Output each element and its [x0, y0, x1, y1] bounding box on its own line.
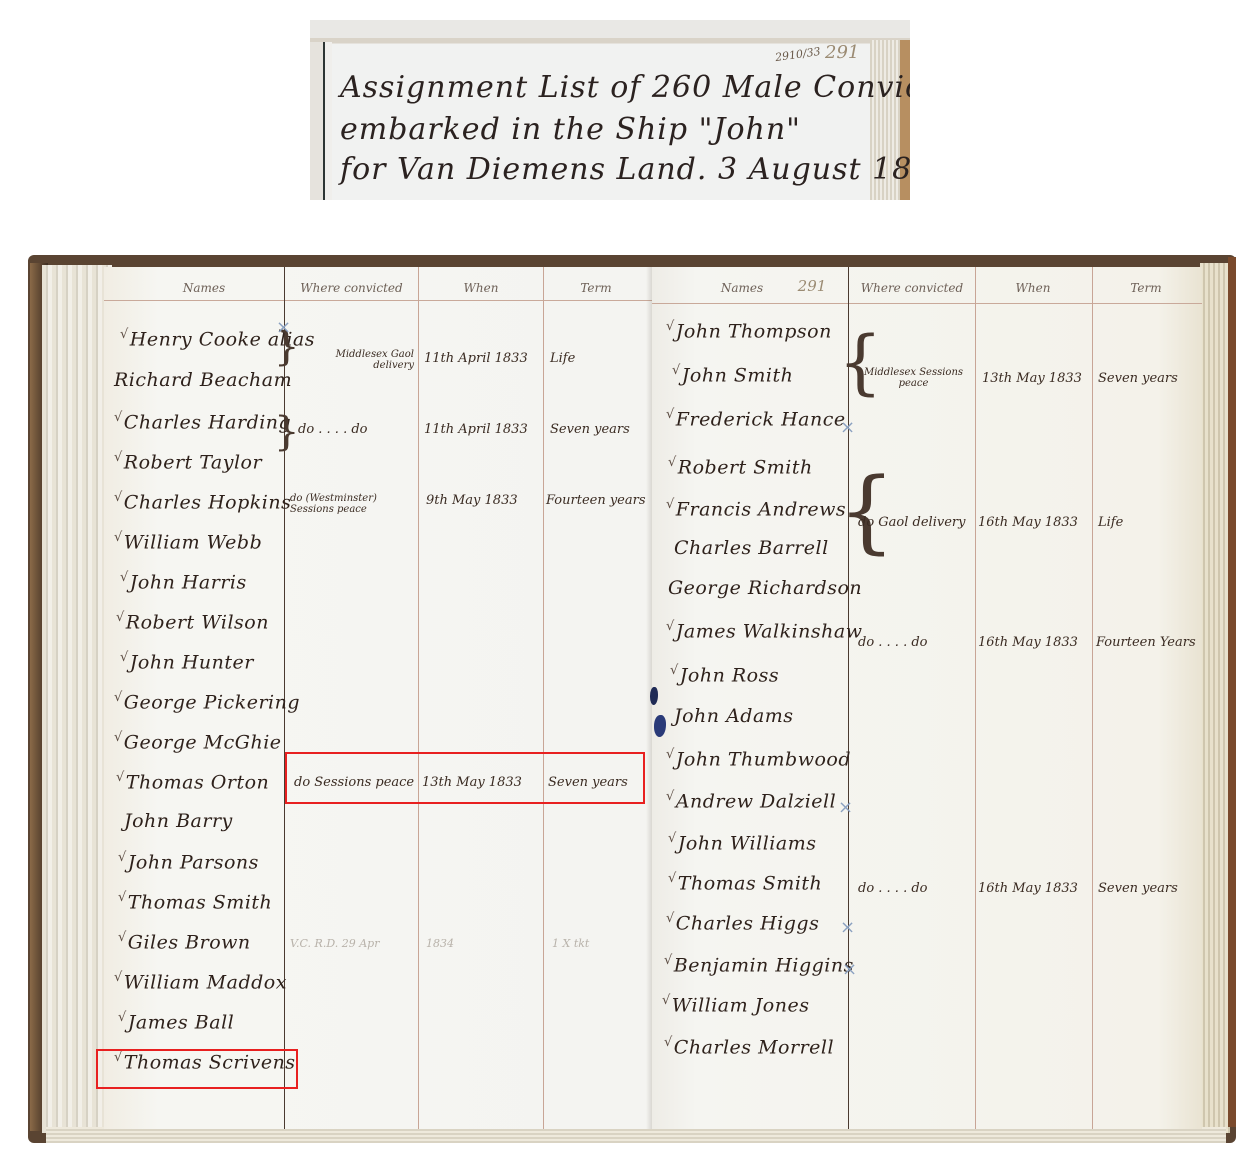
convict-name: √Thomas Smith [668, 871, 822, 894]
when-convicted: 13th May 1833 [982, 371, 1082, 386]
convict-name: √John Ross [670, 663, 779, 686]
convict-name: √Benjamin Higgins [664, 953, 854, 976]
title-strip: 2910/33 291 Assignment List of 260 Male … [310, 20, 910, 200]
convict-name: √James Walkinshaw [666, 619, 862, 642]
pencil-cross-mark: × [276, 317, 291, 338]
convict-name: √Giles Brown [118, 930, 251, 953]
where-convicted: Middlesex Gaol delivery [294, 349, 414, 371]
where-convicted: do . . . . do [858, 635, 928, 650]
convict-name: √William Jones [662, 993, 809, 1016]
convict-name: Richard Beacham [114, 369, 292, 391]
reference-number: 2910/33 [774, 45, 821, 64]
pencil-cross-mark: × [840, 917, 855, 938]
brace-mark: { [838, 467, 895, 557]
page-stack-left [42, 265, 112, 1133]
header-when: When [978, 281, 1088, 295]
convict-name: √William Webb [114, 530, 262, 553]
pencil-note-when: 1834 [426, 937, 454, 950]
ledger-book: Names Where convicted When Term √Henry C… [28, 255, 1236, 1143]
column-rule [975, 267, 976, 1129]
where-convicted: Middlesex Sessions peace [856, 367, 971, 389]
page-stack-bottom [46, 1127, 1226, 1143]
title-line-3: for Van Diemens Land. 3 August 1833 [340, 152, 910, 187]
convict-name: √James Ball [118, 1010, 234, 1033]
term: Seven years [1098, 371, 1178, 386]
convict-name: √Robert Smith [668, 455, 813, 478]
term: Life [550, 351, 575, 366]
convict-name: √John Williams [668, 831, 816, 854]
page-stack-right [1200, 263, 1230, 1133]
where-convicted: do (Westminster) Sessions peace [290, 493, 415, 515]
pencil-cross-mark: × [840, 417, 855, 438]
header-rule [652, 303, 1202, 304]
column-rule [543, 267, 544, 1129]
column-rule [1092, 267, 1093, 1129]
cover-edge-right [1228, 257, 1236, 1127]
convict-name: √Robert Taylor [114, 450, 262, 473]
header-where-convicted: Where convicted [289, 281, 414, 295]
when-convicted: 11th April 1833 [424, 422, 528, 437]
term: Fourteen Years [1096, 635, 1196, 650]
convict-name: John Adams [674, 705, 794, 727]
when-convicted: 16th May 1833 [978, 515, 1078, 530]
header-when: When [422, 281, 540, 295]
left-page: Names Where convicted When Term √Henry C… [104, 267, 652, 1129]
header-names: Names [692, 281, 792, 295]
when-convicted: 16th May 1833 [978, 635, 1078, 650]
title-line-1: Assignment List of 260 Male Convicts [340, 70, 910, 105]
pencil-note-where: V.C. R.D. 29 Apr [290, 937, 379, 950]
convict-name: √Thomas Smith [118, 890, 272, 913]
convict-name: √Andrew Dalziell [666, 789, 836, 812]
convict-name: George Richardson [668, 577, 862, 599]
convict-name: √John Thumbwood [666, 747, 851, 770]
convict-name: √John Smith [672, 363, 793, 386]
convict-name: √Thomas Orton [116, 770, 269, 793]
header-rule [104, 300, 652, 301]
convict-name: √Francis Andrews [666, 497, 846, 520]
header-term: Term [1096, 281, 1196, 295]
convict-name: √John Thompson [666, 319, 832, 342]
term: Seven years [550, 422, 630, 437]
convict-name: √John Harris [120, 570, 247, 593]
highlight-box-orton-row [285, 752, 645, 804]
pencil-note-term: 1 X tkt [552, 937, 589, 950]
term: Seven years [1098, 881, 1178, 896]
convict-name: √John Parsons [118, 850, 259, 873]
when-convicted: 11th April 1833 [424, 351, 528, 366]
pencil-cross-mark: × [838, 797, 853, 818]
when-convicted: 16th May 1833 [978, 881, 1078, 896]
convict-name: √Charles Morrell [664, 1035, 834, 1058]
term: Fourteen years [546, 493, 646, 508]
convict-name: √George McGhie [114, 730, 282, 753]
brace-mark: } [274, 412, 299, 452]
convict-name: √John Hunter [120, 650, 254, 673]
header-names: Names [144, 281, 264, 295]
folio-number: 291 [792, 277, 832, 295]
convict-name: John Barry [124, 810, 233, 832]
header-where-convicted: Where convicted [852, 281, 972, 295]
convict-name: Charles Barrell [674, 537, 829, 559]
convict-name: √Charles Hopkins [114, 490, 291, 513]
highlight-box-scrivens-name [96, 1049, 298, 1089]
right-page: Names 291 Where convicted When Term √Joh… [652, 267, 1202, 1129]
book-spine [310, 42, 332, 200]
convict-name: √George Pickering [114, 690, 300, 713]
pencil-cross-mark: × [842, 959, 857, 980]
convict-name: √William Maddox [114, 970, 287, 993]
column-rule [418, 267, 419, 1129]
when-convicted: 9th May 1833 [426, 493, 518, 508]
folio-number: 291 [825, 42, 859, 63]
term: Life [1098, 515, 1123, 530]
header-term: Term [546, 281, 646, 295]
convict-name: √Charles Higgs [666, 911, 819, 934]
where-convicted: do . . . . do [298, 422, 368, 437]
convict-name: √Frederick Hance [666, 407, 846, 430]
title-line-2: embarked in the Ship "John" [340, 112, 801, 147]
convict-name: √Charles Harding [114, 410, 291, 433]
convict-name: √Robert Wilson [116, 610, 269, 633]
where-convicted: do Gaol delivery [858, 515, 965, 530]
where-convicted: do . . . . do [858, 881, 928, 896]
